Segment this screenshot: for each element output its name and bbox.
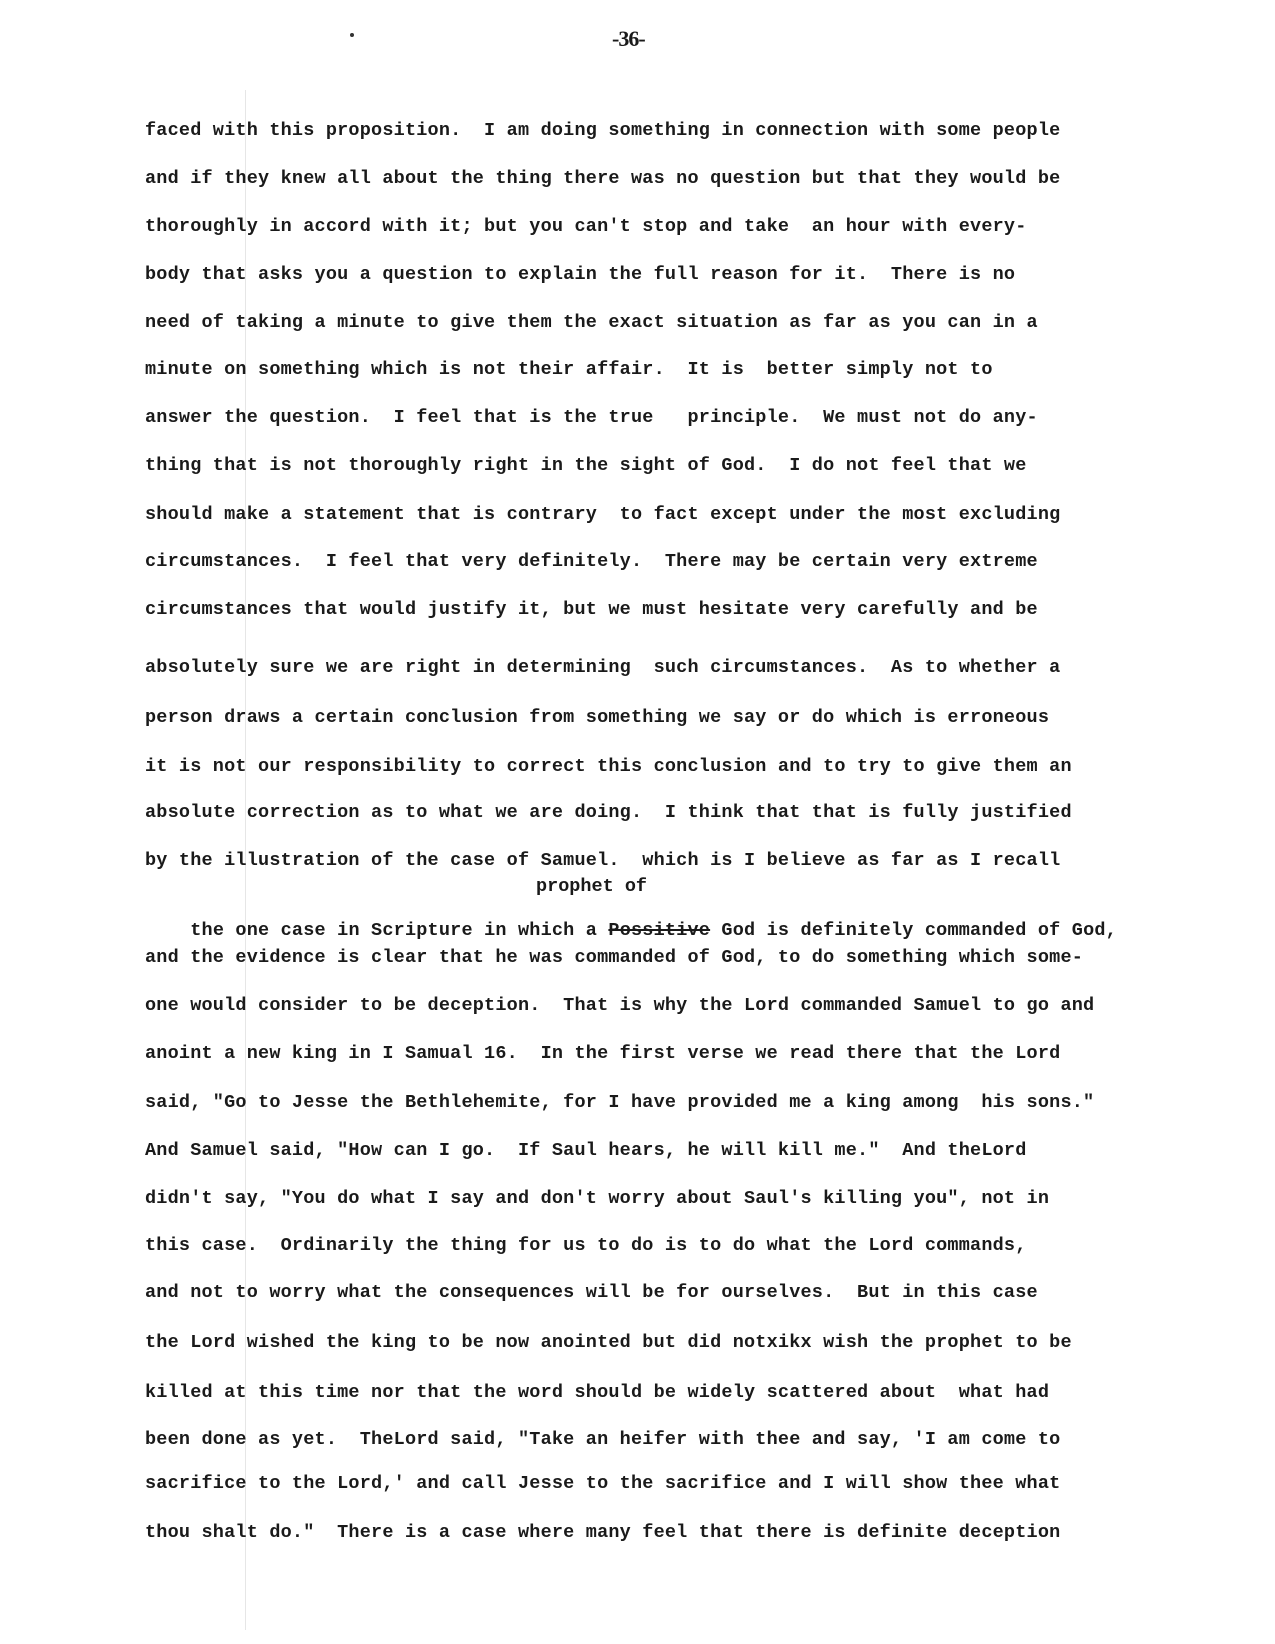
text-segment: God is definitely commanded of God, bbox=[710, 920, 1117, 941]
stray-mark bbox=[350, 33, 354, 37]
text-line: and not to worry what the consequences w… bbox=[145, 1282, 1038, 1303]
text-line: minute on something which is not their a… bbox=[145, 359, 993, 380]
text-line: anoint a new king in I Samual 16. In the… bbox=[145, 1043, 1060, 1064]
handwritten-insert: prophet of bbox=[536, 876, 647, 897]
text-line: been done as yet. TheLord said, "Take an… bbox=[145, 1429, 1060, 1450]
text-line: body that asks you a question to explain… bbox=[145, 264, 1015, 285]
text-line: And Samuel said, "How can I go. If Saul … bbox=[145, 1140, 1027, 1161]
text-line: faced with this proposition. I am doing … bbox=[145, 120, 1060, 141]
text-line: it is not our responsibility to correct … bbox=[145, 756, 1072, 777]
text-line: answer the question. I feel that is the … bbox=[145, 407, 1038, 428]
text-line: circumstances. I feel that very definite… bbox=[145, 551, 1038, 572]
text-line: didn't say, "You do what I say and don't… bbox=[145, 1188, 1049, 1209]
typewritten-page: -36- faced with this proposition. I am d… bbox=[0, 0, 1275, 1644]
text-line: should make a statement that is contrary… bbox=[145, 504, 1060, 525]
text-line: circumstances that would justify it, but… bbox=[145, 599, 1038, 620]
page-number: -36- bbox=[612, 26, 645, 52]
text-line: absolutely sure we are right in determin… bbox=[145, 657, 1060, 678]
text-line: said, "Go to Jesse the Bethlehemite, for… bbox=[145, 1092, 1094, 1113]
struck-word: Possitive bbox=[608, 920, 710, 941]
text-line: thing that is not thoroughly right in th… bbox=[145, 455, 1027, 476]
text-line: thoroughly in accord with it; but you ca… bbox=[145, 216, 1027, 237]
text-line: thou shalt do." There is a case where ma… bbox=[145, 1522, 1060, 1543]
text-line: the Lord wished the king to be now anoin… bbox=[145, 1332, 1072, 1353]
text-line: this case. Ordinarily the thing for us t… bbox=[145, 1235, 1027, 1256]
text-segment: the one case in Scripture in which a bbox=[190, 920, 608, 941]
text-line: and the evidence is clear that he was co… bbox=[145, 947, 1083, 968]
text-line: person draws a certain conclusion from s… bbox=[145, 707, 1049, 728]
text-line: and if they knew all about the thing the… bbox=[145, 168, 1060, 189]
text-line: absolute correction as to what we are do… bbox=[145, 802, 1072, 823]
text-line: sacrifice to the Lord,' and call Jesse t… bbox=[145, 1473, 1060, 1494]
text-line: by the illustration of the case of Samue… bbox=[145, 850, 1060, 871]
text-line: killed at this time nor that the word sh… bbox=[145, 1382, 1049, 1403]
text-line: need of taking a minute to give them the… bbox=[145, 312, 1038, 333]
text-line: one would consider to be deception. That… bbox=[145, 995, 1094, 1016]
